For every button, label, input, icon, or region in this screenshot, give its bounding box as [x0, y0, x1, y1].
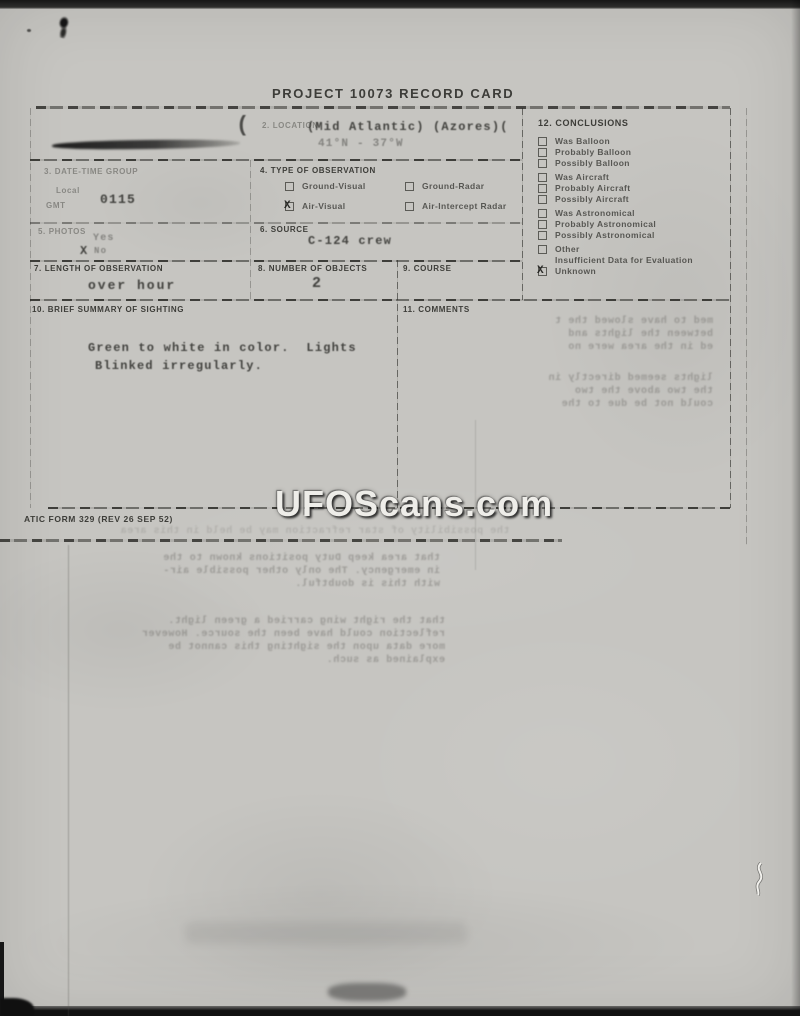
checkbox-icon [405, 182, 414, 191]
checkbox-icon: X [538, 267, 547, 276]
conclusion-possibly-astronomical: Possibly Astronomical [538, 231, 728, 240]
conclusion-probably-astronomical: Probably Astronomical [538, 220, 728, 229]
row-divider-4 [30, 299, 730, 301]
checkbox-icon [538, 148, 547, 157]
conclusion-possibly-balloon: Possibly Balloon [538, 159, 728, 168]
comments-label: 11. COMMENTS [403, 305, 470, 314]
checkbox-icon [285, 182, 294, 191]
source-label: 6. SOURCE [260, 225, 309, 234]
checkbox-ground-radar: Ground-Radar [405, 182, 484, 191]
number-of-objects-label: 8. NUMBER OF OBJECTS [258, 264, 367, 273]
conclusion-probably-aircraft: Probably Aircraft [538, 184, 728, 193]
row-divider-3 [30, 260, 522, 262]
length-of-observation-label: 7. LENGTH OF OBSERVATION [34, 264, 163, 273]
photos-label: 5. PHOTOS [38, 227, 86, 236]
photos-no-mark: X [80, 244, 88, 258]
fold-crease-right [746, 108, 747, 545]
col-divider-left-mid [250, 160, 251, 300]
location-value: (Mid Atlantic) (Azores)( [307, 120, 509, 134]
page-fold-line [0, 539, 562, 542]
type-of-observation-label: 4. TYPE OF OBSERVATION [260, 166, 376, 175]
page-title: PROJECT 10073 RECORD CARD [272, 86, 514, 101]
conclusion-insufficient-data: Insufficient Data for Evaluation [538, 256, 728, 265]
bleedthrough-paragraph-1: that area keep Duty positions known to t… [60, 552, 440, 591]
row-divider-2 [30, 222, 522, 224]
scanned-record-card-page: PROJECT 10073 RECORD CARD ( 2. LOCATION … [0, 0, 800, 1016]
checkbox-icon: X [285, 202, 294, 211]
brief-summary-label: 10. BRIEF SUMMARY OF SIGHTING [32, 305, 184, 314]
checkbox-icon [538, 173, 547, 182]
course-label: 9. COURSE [403, 264, 452, 273]
ink-smudge-over-date [52, 139, 240, 150]
bleedthrough-comments: med to have slowed the t between the lig… [408, 315, 713, 411]
smudge-dark-patch [328, 983, 406, 1001]
scan-edge-bottom [0, 1006, 800, 1016]
col-divider-mid-right [522, 108, 523, 300]
scan-corner-blob [0, 998, 34, 1016]
card-border-left [30, 108, 31, 508]
local-label: Local [56, 186, 80, 195]
number-of-objects-value: 2 [312, 275, 322, 292]
checkbox-icon [538, 209, 547, 218]
checkbox-icon [538, 159, 547, 168]
conclusion-probably-balloon: Probably Balloon [538, 148, 728, 157]
checkbox-icon [538, 137, 547, 146]
bleedthrough-paragraph-2: that the right wing carried a green ligh… [55, 615, 445, 667]
scan-edge-top [0, 0, 800, 9]
checkbox-icon [538, 184, 547, 193]
brief-summary-line1: Green to white in color. Lights [88, 341, 357, 355]
bleedthrough-upper-line: the possibility of star refraction may b… [120, 525, 509, 538]
brief-summary-line2: Blinked irregularly. [95, 359, 263, 373]
date-time-group-label: 3. DATE-TIME GROUP [44, 167, 138, 176]
photos-no: No [94, 246, 107, 256]
photos-yes: Yes [93, 233, 115, 244]
conclusion-was-astronomical: Was Astronomical [538, 209, 728, 218]
checkbox-ground-visual: Ground-Visual [285, 182, 366, 191]
gmt-value: 0115 [100, 192, 136, 207]
source-value: C-124 crew [308, 234, 392, 248]
handwritten-paren: ( [236, 113, 249, 138]
watermark: UFOScans.com [275, 483, 553, 525]
white-hair-curl [752, 862, 768, 901]
ink-blot [54, 15, 72, 39]
length-of-observation-value: over hour [88, 278, 176, 293]
conclusion-unknown: XUnknown [538, 267, 728, 276]
ink-dot [27, 29, 31, 32]
conclusion-other: Other [538, 245, 728, 254]
checkbox-icon [538, 195, 547, 204]
smudge-band [185, 922, 467, 944]
conclusion-was-aircraft: Was Aircraft [538, 173, 728, 182]
col-divider-summary-comments [397, 260, 398, 508]
conclusion-possibly-aircraft: Possibly Aircraft [538, 195, 728, 204]
checkbox-air-visual: X Air-Visual [285, 202, 346, 211]
checkbox-air-intercept-radar: Air-Intercept Radar [405, 202, 507, 211]
row-divider-1 [30, 159, 522, 161]
scan-edge-right [791, 0, 800, 1016]
checkbox-icon [538, 231, 547, 240]
form-number: ATIC FORM 329 (REV 26 SEP 52) [24, 514, 173, 524]
conclusions-list: Was Balloon Probably Balloon Possibly Ba… [538, 137, 728, 278]
checkbox-icon [405, 202, 414, 211]
conclusions-label: 12. CONCLUSIONS [538, 118, 629, 128]
checkbox-icon [538, 245, 547, 254]
card-border-right [730, 108, 731, 508]
gmt-label: GMT [46, 201, 66, 210]
card-border-top [36, 106, 730, 109]
checkbox-icon [538, 220, 547, 229]
location-coordinates: 41°N - 37°W [318, 138, 404, 150]
conclusion-was-balloon: Was Balloon [538, 137, 728, 146]
